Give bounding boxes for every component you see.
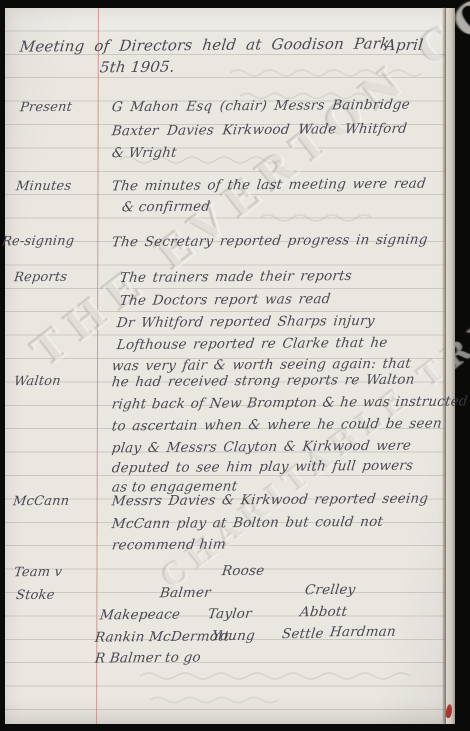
adjacent-page-edge (445, 8, 455, 724)
bleedthrough-ghosts (5, 8, 470, 731)
minute-book-page: THE EVERTON COLLECTION CHARITABLE TRUST (5, 8, 455, 724)
photo-background: THE EVERTON COLLECTION CHARITABLE TRUST … (0, 0, 470, 731)
